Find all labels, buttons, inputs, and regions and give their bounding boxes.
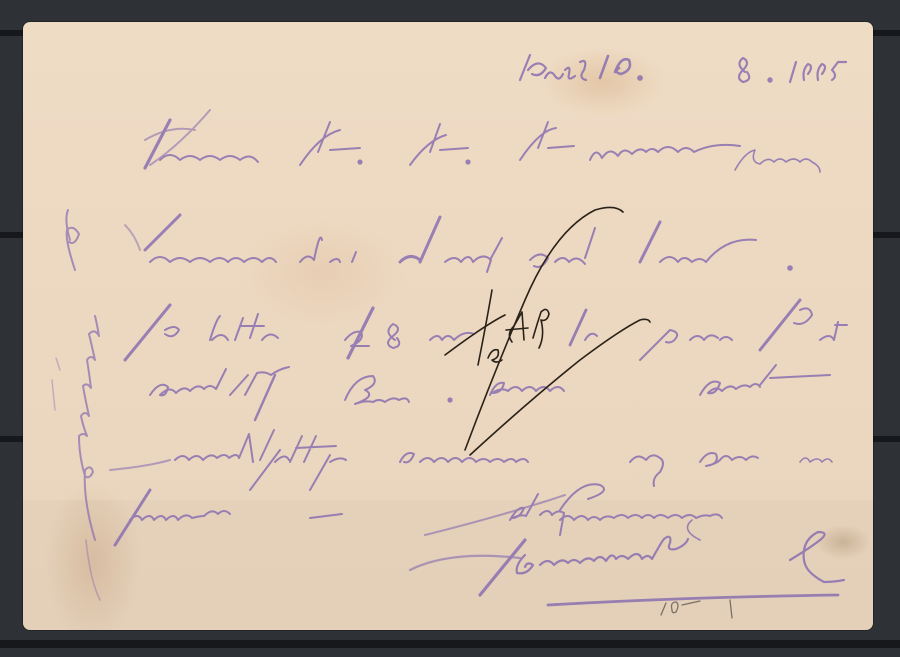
album-page: Kalisz 16. 8. 1885 Herrn H. H. Hilermann…	[0, 0, 900, 657]
body-line-5	[115, 490, 342, 545]
body-line-2	[125, 300, 847, 360]
date-line	[520, 55, 846, 82]
closing-line	[425, 484, 722, 540]
body-line-1	[125, 215, 792, 272]
addressee-line	[145, 110, 820, 172]
receipt-annotation	[445, 207, 650, 455]
pencil-number	[661, 600, 732, 618]
body-line-3	[150, 365, 830, 420]
body-line-4	[110, 430, 832, 490]
margin-note	[52, 210, 100, 600]
signature	[410, 532, 844, 605]
handwriting-ink	[0, 0, 900, 657]
